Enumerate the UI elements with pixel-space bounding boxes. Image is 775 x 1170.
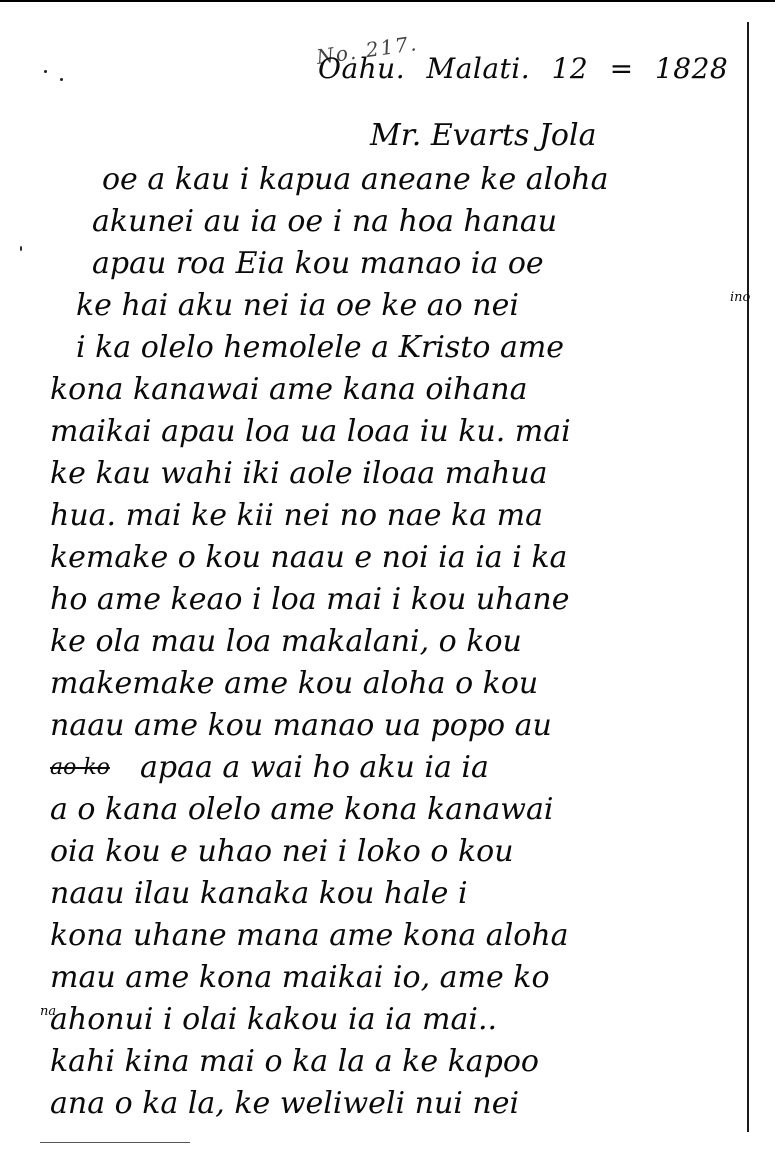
letter-line-text: ke ola mau loa makalani, o kou [50, 622, 522, 662]
letter-line-text: ke kau wahi iki aole iloaa mahua [50, 454, 548, 494]
letter-line-text: naau ilau kanaka kou hale i [50, 874, 468, 914]
ink-speck [44, 70, 47, 73]
letter-line-text: kona uhane mana ame kona aloha [50, 916, 569, 956]
letter-line-text: akunei au ia oe i na hoa hanau [92, 202, 557, 242]
letter-line-text: ahonui i olai kakou ia ia mai.. [50, 1000, 497, 1040]
letter-line-text: kemake o kou naau e noi ia ia i ka [50, 538, 567, 578]
letter-line-text: hua. mai ke kii nei no nae ka ma [50, 496, 543, 536]
dateline-day: 12 [552, 52, 589, 85]
ink-speck [20, 246, 22, 251]
dateline-separator: = [610, 52, 634, 85]
letter-line-text: kona kanawai ame kana oihana [50, 370, 527, 410]
letter-line-text: oia kou e uhao nei i loko o kou [50, 832, 514, 872]
salutation: Mr. Evarts Jola [370, 118, 596, 153]
letter-line-text: kahi kina mai o ka la a ke kapoo [50, 1042, 539, 1082]
struck-text: ao ko [50, 748, 110, 788]
letter-line-text: a o kana olelo ame kona kanawai [50, 790, 553, 830]
dateline-place: Oahu. [318, 52, 405, 85]
letter-line-text: maikai apau loa ua loaa iu ku. mai [50, 412, 571, 452]
letter-page: No. 217. Oahu. Malati. 12 = 1828 Mr. Eva… [0, 0, 775, 1170]
bottom-border-fragment [40, 1142, 190, 1143]
dateline-month: Malati. [427, 52, 531, 85]
ink-speck [60, 78, 63, 81]
letter-line-text: i ka olelo hemolele a Kristo ame [76, 328, 564, 368]
letter-line-text: makemake ame kou aloha o kou [50, 664, 538, 704]
letter-line-text: mau ame kona maikai io, ame ko [50, 958, 550, 998]
top-border [0, 0, 775, 2]
letter-line-text: ana o ka la, ke weliweli nui nei [50, 1084, 519, 1124]
margin-note-left: na [40, 1004, 56, 1019]
letter-line-text: naau ame kou manao ua popo au [50, 706, 552, 746]
dateline-year: 1828 [655, 52, 728, 85]
letter-line-text: apaa a wai ho aku ia ia [140, 748, 489, 788]
dateline: Oahu. Malati. 12 = 1828 [318, 52, 740, 85]
letter-line-text: apau roa Eia kou manao ia oe [92, 244, 544, 284]
letter-line-text: ke hai aku nei ia oe ke ao nei [76, 286, 519, 326]
letter-line-text: oe a kau i kapua aneane ke aloha [102, 160, 609, 200]
letter-line-text: ho ame keao i loa mai i kou uhane [50, 580, 569, 620]
margin-note-right: ino [730, 290, 750, 305]
right-border-rule [747, 22, 749, 1132]
